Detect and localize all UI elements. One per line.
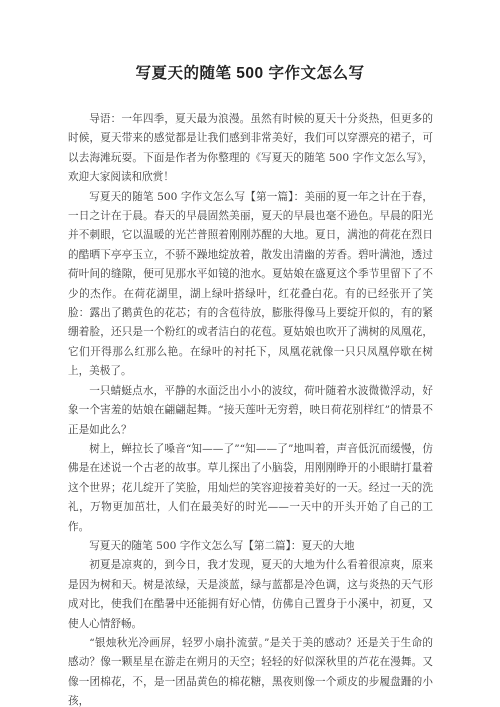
paragraph-poem: “银烛秋光冷画屏，轻罗小扇扑流萤。”是关于美的感动？还是关于生命的感动？像一颗星…: [68, 634, 433, 707]
document-body: 导语：一年四季，夏天最为浪漫。虽然有时候的夏天十分炎热，但更多的时候，夏天带来的…: [68, 110, 433, 707]
document-page: 写夏天的随笔 500 字作文怎么写 导语：一年四季，夏天最为浪漫。虽然有时候的夏…: [0, 0, 500, 707]
paragraph-earlysummer: 初夏是凉爽的，到今日，我才发现，夏天的大地为什么看着很凉爽，原来是因为树和天。树…: [68, 556, 433, 634]
paragraph-essay1: 写夏天的随笔 500 字作文怎么写【第一篇】：美丽的夏一年之计在于春，一日之计在…: [68, 188, 433, 382]
document-title: 写夏天的随笔 500 字作文怎么写: [0, 61, 500, 83]
paragraph-intro: 导语：一年四季，夏天最为浪漫。虽然有时候的夏天十分炎热，但更多的时候，夏天带来的…: [68, 110, 433, 188]
paragraph-essay2-heading: 写夏天的随笔 500 字作文怎么写【第二篇】：夏天的大地: [68, 537, 433, 556]
paragraph-cicada: 树上，蝉拉长了嗓音“知——了”“知——了”地叫着，声音低沉而缓慢，仿佛是在述说一…: [68, 440, 433, 537]
paragraph-dragonfly: 一只蜻蜓点水，平静的水面泛出小小的波纹，荷叶随着水波微微浮动，好象一个害羞的姑娘…: [68, 382, 433, 440]
